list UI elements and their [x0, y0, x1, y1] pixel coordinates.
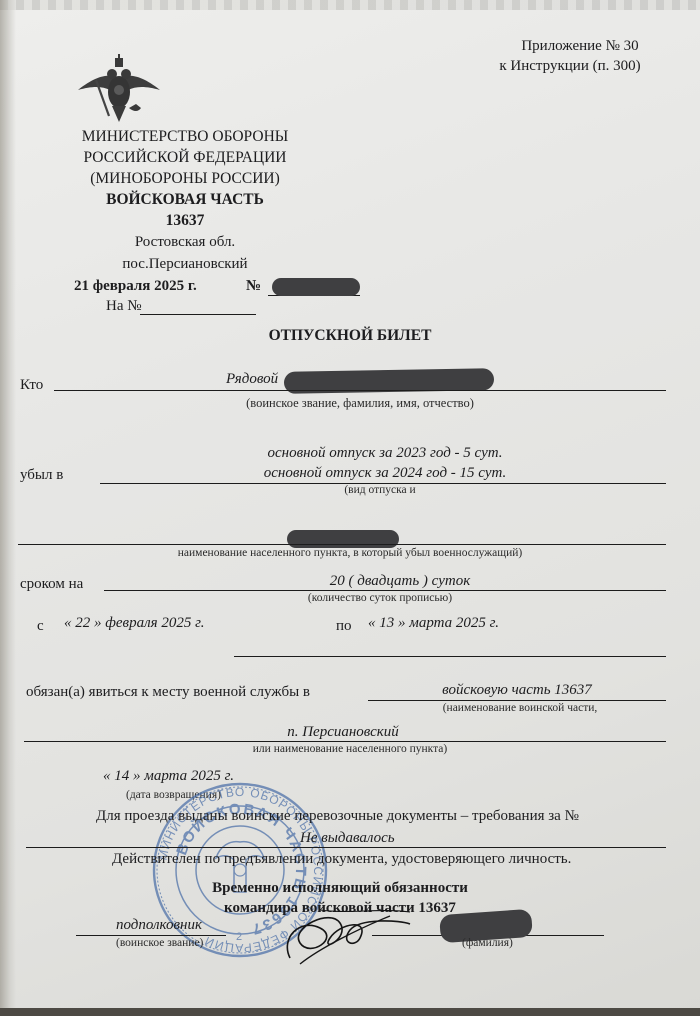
period-from-value: « 22 » февраля 2025 г.	[64, 615, 205, 632]
report-to-unit-line	[368, 700, 666, 701]
signatory-rank-caption: (воинское звание)	[116, 937, 203, 949]
document-date: 21 февраля 2025 г.	[74, 278, 197, 295]
appendix-line-2: к Инструкции (п. 300)	[480, 58, 660, 75]
report-to-unit-value: войсковую часть 13637	[368, 682, 666, 699]
document-title: ОТПУСКНОЙ БИЛЕТ	[0, 327, 700, 345]
report-to-settlement-caption: или наименование населенного пункта)	[200, 743, 500, 755]
svg-text:2: 2	[236, 931, 242, 943]
validity-note: Действителен по предъявлении документа, …	[112, 851, 571, 868]
ministry-line-1: МИНИСТЕРСТВО ОБОРОНЫ	[60, 128, 310, 146]
destination-redacted	[287, 530, 399, 548]
settlement: пос.Персиановский	[60, 256, 310, 273]
ministry-line-3: (МИНОБОРОНЫ РОССИИ)	[60, 170, 310, 188]
who-line	[54, 390, 666, 391]
background-surface	[0, 1008, 700, 1016]
unit-number: 13637	[60, 212, 310, 230]
ministry-line-2: РОССИЙСКОЙ ФЕДЕРАЦИИ	[60, 149, 310, 167]
signatory-surname-caption: (фамилия)	[462, 937, 513, 949]
appendix-line-1: Приложение № 30	[500, 38, 660, 55]
signatory-rank-value: подполковник	[116, 917, 202, 934]
region: Ростовская обл.	[60, 234, 310, 251]
double-headed-eagle-emblem-icon	[74, 52, 164, 124]
duration-line	[104, 590, 666, 591]
departed-caption: (вид отпуска и	[300, 484, 460, 496]
destination-line	[18, 544, 666, 545]
signatory-rank-line	[76, 935, 226, 936]
report-to-settlement-value: п. Персиановский	[20, 724, 666, 741]
signatory-title-line-1: Временно исполняющий обязанности	[150, 880, 530, 897]
period-to-value: « 13 » марта 2025 г.	[368, 615, 499, 632]
plastic-sleeve-edge	[0, 0, 700, 10]
period-to-label: по	[336, 618, 352, 635]
document-number-label: №	[246, 278, 261, 295]
travel-docs-label: Для проезда выданы воинские перевозочные…	[96, 808, 579, 825]
destination-caption: наименование населенного пункта, в котор…	[120, 547, 580, 559]
who-caption: (воинское звание, фамилия, имя, отчество…	[150, 396, 570, 411]
leave-type-line-2: основной отпуск за 2024 год - 15 сут.	[100, 465, 670, 482]
period-from-label: с	[37, 618, 44, 635]
document-number-redacted	[272, 278, 360, 296]
unit-title: ВОЙСКОВАЯ ЧАСТЬ	[60, 191, 310, 209]
who-label: Кто	[20, 377, 43, 394]
leave-ticket-document: Приложение № 30 к Инструкции (п. 300) МИ…	[0, 0, 700, 1016]
leave-type-line-1: основной отпуск за 2023 год - 5 сут.	[100, 445, 670, 462]
duration-label: сроком на	[20, 576, 83, 593]
period-line	[234, 656, 666, 657]
duration-caption: (количество суток прописью)	[290, 592, 470, 604]
report-to-unit-caption: (наименование воинской части,	[420, 702, 620, 714]
duration-value: 20 ( двадцать ) суток	[230, 573, 570, 590]
handwritten-signature-icon	[260, 898, 420, 968]
reference-line	[140, 314, 256, 315]
report-to-settlement-line	[24, 741, 666, 742]
travel-docs-value: Не выдавалось	[300, 830, 395, 847]
travel-docs-line	[26, 847, 666, 848]
who-rank-value: Рядовой	[226, 371, 278, 388]
plastic-sleeve-edge	[0, 0, 16, 1016]
report-to-label: обязан(а) явиться к месту военной службы…	[26, 684, 310, 701]
reference-label: На №	[106, 298, 142, 315]
departed-label: убыл в	[20, 467, 63, 484]
